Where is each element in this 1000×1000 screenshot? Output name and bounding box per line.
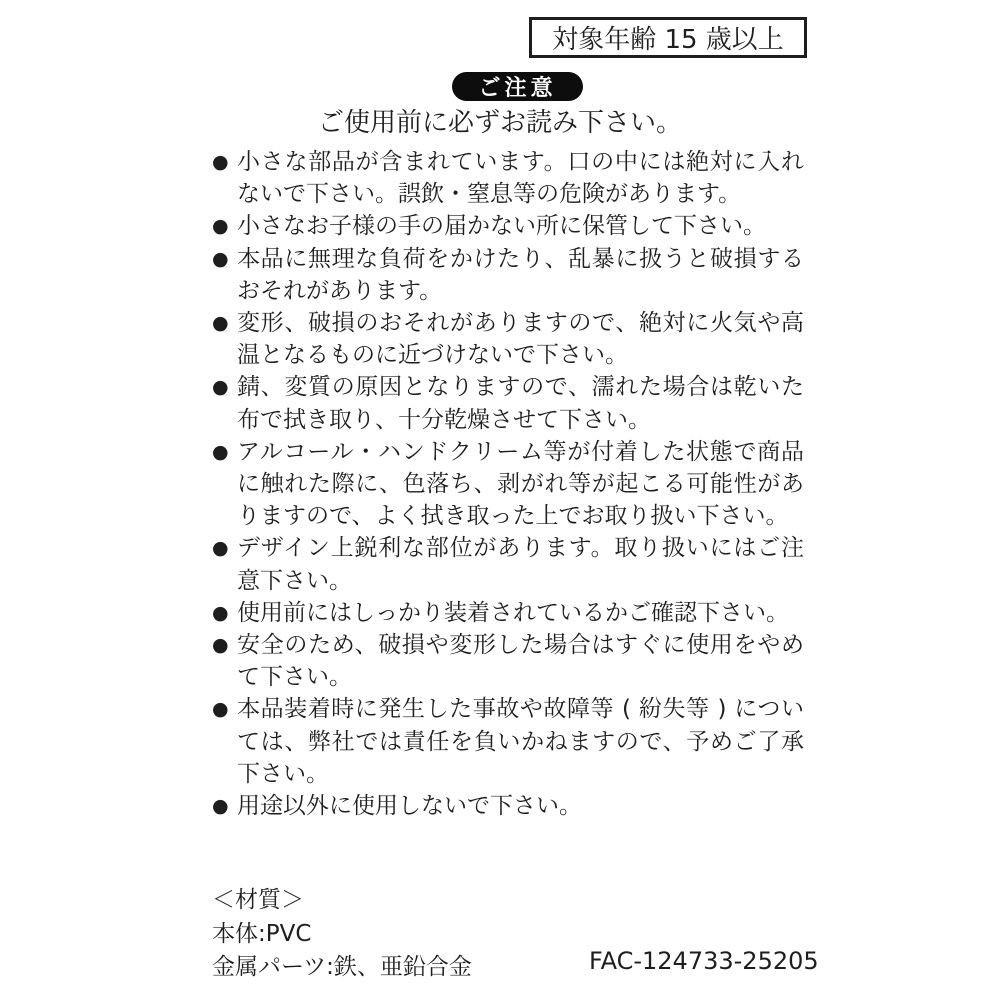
materials-metal-line: 金属パーツ:鉄、亜鉛合金 — [212, 951, 472, 985]
bullet-icon: ● — [212, 790, 237, 822]
age-restriction-box: 対象年齢 15 歳以上 — [529, 17, 807, 58]
warning-text: 安全のため、破損や変形した場合はすぐに使用をやめて下さい。 — [237, 629, 804, 693]
warning-item-no-liability: ● 本品装着時に発生した事故や故障等 ( 紛失等 ) については、弊社では責任を… — [212, 693, 804, 790]
warning-item-dry-if-wet: ● 錆、変質の原因となりますので、濡れた場合は乾いた布で拭き取り、十分乾燥させて… — [212, 371, 804, 435]
warning-item-alcohol-cream: ● アルコール・ハンドクリーム等が付着した状態で商品に触れた際に、色落ち、剥がれ… — [212, 436, 804, 533]
warning-item-no-excess-load: ● 本品に無理な負荷をかけたり、乱暴に扱うと破損するおそれがあります。 — [212, 243, 804, 307]
warning-text: 使用前にはしっかり装着されているかご確認下さい。 — [237, 597, 804, 629]
warning-item-keep-from-children: ● 小さなお子様の手の届かない所に保管して下さい。 — [212, 210, 804, 242]
warning-item-stop-if-damaged: ● 安全のため、破損や変形した場合はすぐに使用をやめて下さい。 — [212, 629, 804, 693]
age-restriction-text: 対象年齢 15 歳以上 — [552, 19, 784, 56]
warning-list: ● 小さな部品が含まれています。口の中には絶対に入れないで下さい。誤飲・窒息等の… — [212, 146, 804, 822]
warning-text: デザイン上鋭利な部位があります。取り扱いにはご注意下さい。 — [237, 532, 804, 596]
warning-item-check-attachment: ● 使用前にはしっかり装着されているかご確認下さい。 — [212, 597, 804, 629]
bullet-icon: ● — [212, 693, 237, 790]
materials-section: ＜材質＞ 本体:PVC 金属パーツ:鉄、亜鉛合金 — [212, 884, 472, 985]
warning-text: 小さな部品が含まれています。口の中には絶対に入れないで下さい。誤飲・窒息等の危険… — [237, 146, 804, 210]
warning-item-keep-from-heat: ● 変形、破損のおそれがありますので、絶対に火気や高温となるものに近づけないで下… — [212, 307, 804, 371]
bullet-icon: ● — [212, 629, 237, 693]
materials-body-line: 本体:PVC — [212, 918, 472, 952]
caution-badge-label: ご注意 — [478, 71, 556, 102]
bullet-icon: ● — [212, 597, 237, 629]
warning-text: アルコール・ハンドクリーム等が付着した状態で商品に触れた際に、色落ち、剥がれ等が… — [237, 436, 804, 533]
warning-item-small-parts: ● 小さな部品が含まれています。口の中には絶対に入れないで下さい。誤飲・窒息等の… — [212, 146, 804, 210]
bullet-icon: ● — [212, 532, 237, 596]
product-code: FAC-124733-25205 — [589, 947, 819, 975]
warning-text: 錆、変質の原因となりますので、濡れた場合は乾いた布で拭き取り、十分乾燥させて下さ… — [237, 371, 804, 435]
warning-item-sharp-parts: ● デザイン上鋭利な部位があります。取り扱いにはご注意下さい。 — [212, 532, 804, 596]
bullet-icon: ● — [212, 210, 237, 242]
bullet-icon: ● — [212, 436, 237, 533]
read-before-use-heading: ご使用前に必ずお読み下さい。 — [0, 106, 1000, 140]
bullet-icon: ● — [212, 307, 237, 371]
warning-text: 小さなお子様の手の届かない所に保管して下さい。 — [237, 210, 804, 242]
caution-badge: ご注意 — [452, 72, 583, 101]
bullet-icon: ● — [212, 146, 237, 210]
warning-text: 変形、破損のおそれがありますので、絶対に火気や高温となるものに近づけないで下さい… — [237, 307, 804, 371]
warning-item-intended-use-only: ● 用途以外に使用しないで下さい。 — [212, 790, 804, 822]
warning-text: 本品装着時に発生した事故や故障等 ( 紛失等 ) については、弊社では責任を負い… — [237, 693, 804, 790]
warning-label-page: 対象年齢 15 歳以上 ご注意 ご使用前に必ずお読み下さい。 ● 小さな部品が含… — [0, 0, 1000, 1000]
bullet-icon: ● — [212, 371, 237, 435]
materials-heading: ＜材質＞ — [212, 884, 472, 918]
warning-text: 本品に無理な負荷をかけたり、乱暴に扱うと破損するおそれがあります。 — [237, 243, 804, 307]
bullet-icon: ● — [212, 243, 237, 307]
warning-text: 用途以外に使用しないで下さい。 — [237, 790, 804, 822]
